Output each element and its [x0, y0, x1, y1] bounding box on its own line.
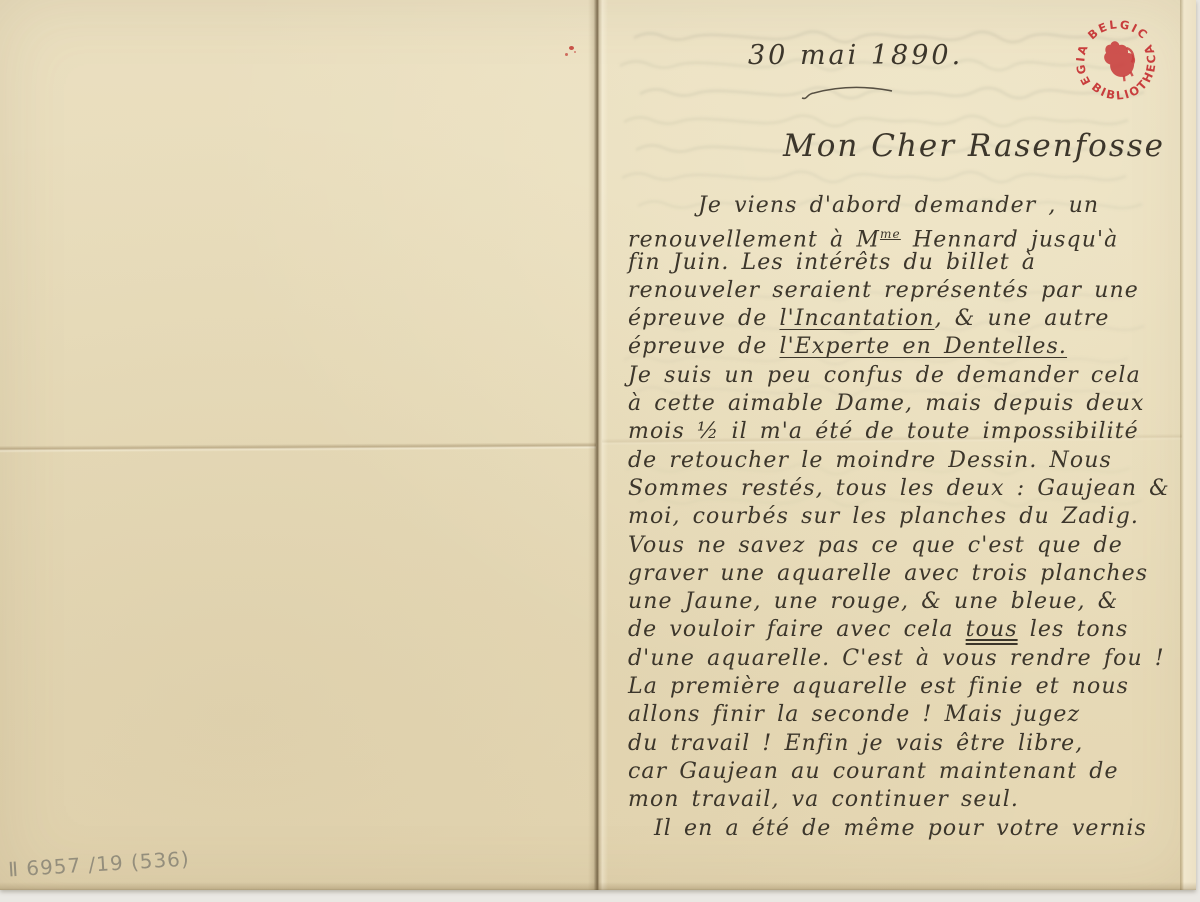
letter-line: épreuve de l'Incantation, & une autre	[628, 305, 1184, 333]
letter-line: de retoucher le moindre Dessin. Nous	[628, 447, 1184, 475]
letter-text-segment: l'Incantation	[779, 306, 934, 331]
letter-line: une Jaune, une rouge, & une bleue, &	[628, 588, 1184, 616]
letter-text-segment: Vous ne savez pas ce que c'est que de	[628, 533, 1123, 558]
letter-line: Sommes restés, tous les deux : Gaujean &	[628, 475, 1184, 503]
letter-line: allons finir la seconde ! Mais jugez	[628, 701, 1184, 729]
letter-text-segment: d'une aquarelle. C'est à vous rendre fou…	[628, 646, 1165, 671]
letter-text-segment: mois ½ il m'a été de toute impossibilité	[628, 419, 1139, 444]
letter-text-segment: , & une autre	[935, 306, 1110, 331]
underline-flourish	[796, 82, 896, 104]
fold-crease-horizontal	[0, 442, 596, 453]
letter-date: 30 mai 1890.	[748, 40, 963, 71]
letter-text-segment: La première aquarelle est finie et nous	[628, 674, 1129, 699]
under-sheet-edge	[1180, 0, 1196, 890]
letter-text-segment: du travail ! Enfin je vais être libre,	[628, 731, 1083, 756]
letter-text-segment: car Gaujean au courant maintenant de	[628, 759, 1119, 784]
letter-body: Je viens d'abord demander , unrenouvelle…	[628, 192, 1184, 843]
letter-line: Je suis un peu confus de demander cela	[628, 362, 1184, 390]
letter-text-segment: Il en a été de même pour votre vernis	[654, 816, 1147, 841]
letter-text-segment: l'Experte en Dentelles.	[779, 334, 1067, 359]
letter-text-segment: Je suis un peu confus de demander cela	[628, 363, 1141, 388]
salutation: Mon Cher Rasenfosse	[783, 128, 1165, 164]
letter-line: Vous ne savez pas ce que c'est que de	[628, 532, 1184, 560]
letter-text-segment: à cette aimable Dame, mais depuis deux	[628, 391, 1144, 416]
letter-sheet: Ⅱ 6957 /19 (536)	[0, 0, 1196, 890]
letter-text-segment: renouveler seraient représentés par une	[628, 278, 1139, 303]
letter-text-segment: fin Juin. Les intérêts du billet à	[628, 250, 1036, 275]
letter-text-segment: tous	[966, 617, 1018, 642]
letter-text-segment: les tons	[1018, 617, 1129, 642]
letter-line: renouveler seraient représentés par une	[628, 277, 1184, 305]
letter-line: à cette aimable Dame, mais depuis deux	[628, 390, 1184, 418]
letter-line: moi, courbés sur les planches du Zadig.	[628, 503, 1184, 531]
letter-text-segment: moi, courbés sur les planches du Zadig.	[628, 504, 1139, 529]
paper-bottom-edge	[0, 882, 1196, 890]
letter-line: épreuve de l'Experte en Dentelles.	[628, 333, 1184, 361]
scanned-letter: Ⅱ 6957 /19 (536)	[0, 0, 1200, 902]
letter-line: renouvellement à Mme Hennard jusqu'à	[628, 220, 1184, 248]
letter-line: du travail ! Enfin je vais être libre,	[628, 730, 1184, 758]
letter-text-segment: épreuve de	[628, 334, 779, 359]
letter-line: Je viens d'abord demander , un	[628, 192, 1184, 220]
library-stamp: REGIA BELGICA · BIBLIOTHECA ·	[1053, 0, 1182, 127]
letter-text-segment: épreuve de	[628, 306, 779, 331]
letter-page: 30 mai 1890. Mon Cher Rasenfosse Je vien…	[600, 0, 1185, 890]
letter-line: Il en a été de même pour votre vernis	[628, 815, 1184, 843]
letter-text-segment: allons finir la seconde ! Mais jugez	[628, 702, 1080, 727]
letter-text-segment: Je viens d'abord demander , un	[698, 193, 1099, 218]
letter-text-segment: me	[880, 227, 901, 241]
letter-line: d'une aquarelle. C'est à vous rendre fou…	[628, 645, 1184, 673]
letter-line: mon travail, va continuer seul.	[628, 786, 1184, 814]
catalog-number: Ⅱ 6957 /19 (536)	[7, 846, 190, 881]
letter-line: La première aquarelle est finie et nous	[628, 673, 1184, 701]
letter-text-segment: de vouloir faire avec cela	[628, 617, 966, 642]
letter-text-segment: une Jaune, une rouge, & une bleue, &	[628, 589, 1118, 614]
letter-line: car Gaujean au courant maintenant de	[628, 758, 1184, 786]
letter-line: graver une aquarelle avec trois planches	[628, 560, 1184, 588]
lion-icon	[1098, 36, 1144, 84]
letter-text-segment: mon travail, va continuer seul.	[628, 787, 1019, 812]
red-ink-speck	[563, 42, 579, 58]
letter-line: de vouloir faire avec cela tous les tons	[628, 616, 1184, 644]
letter-text-segment: de retoucher le moindre Dessin. Nous	[628, 448, 1112, 473]
letter-text-segment: graver une aquarelle avec trois planches	[628, 561, 1148, 586]
letter-text-segment: Sommes restés, tous les deux : Gaujean &	[628, 476, 1170, 501]
letter-line: mois ½ il m'a été de toute impossibilité	[628, 418, 1184, 446]
